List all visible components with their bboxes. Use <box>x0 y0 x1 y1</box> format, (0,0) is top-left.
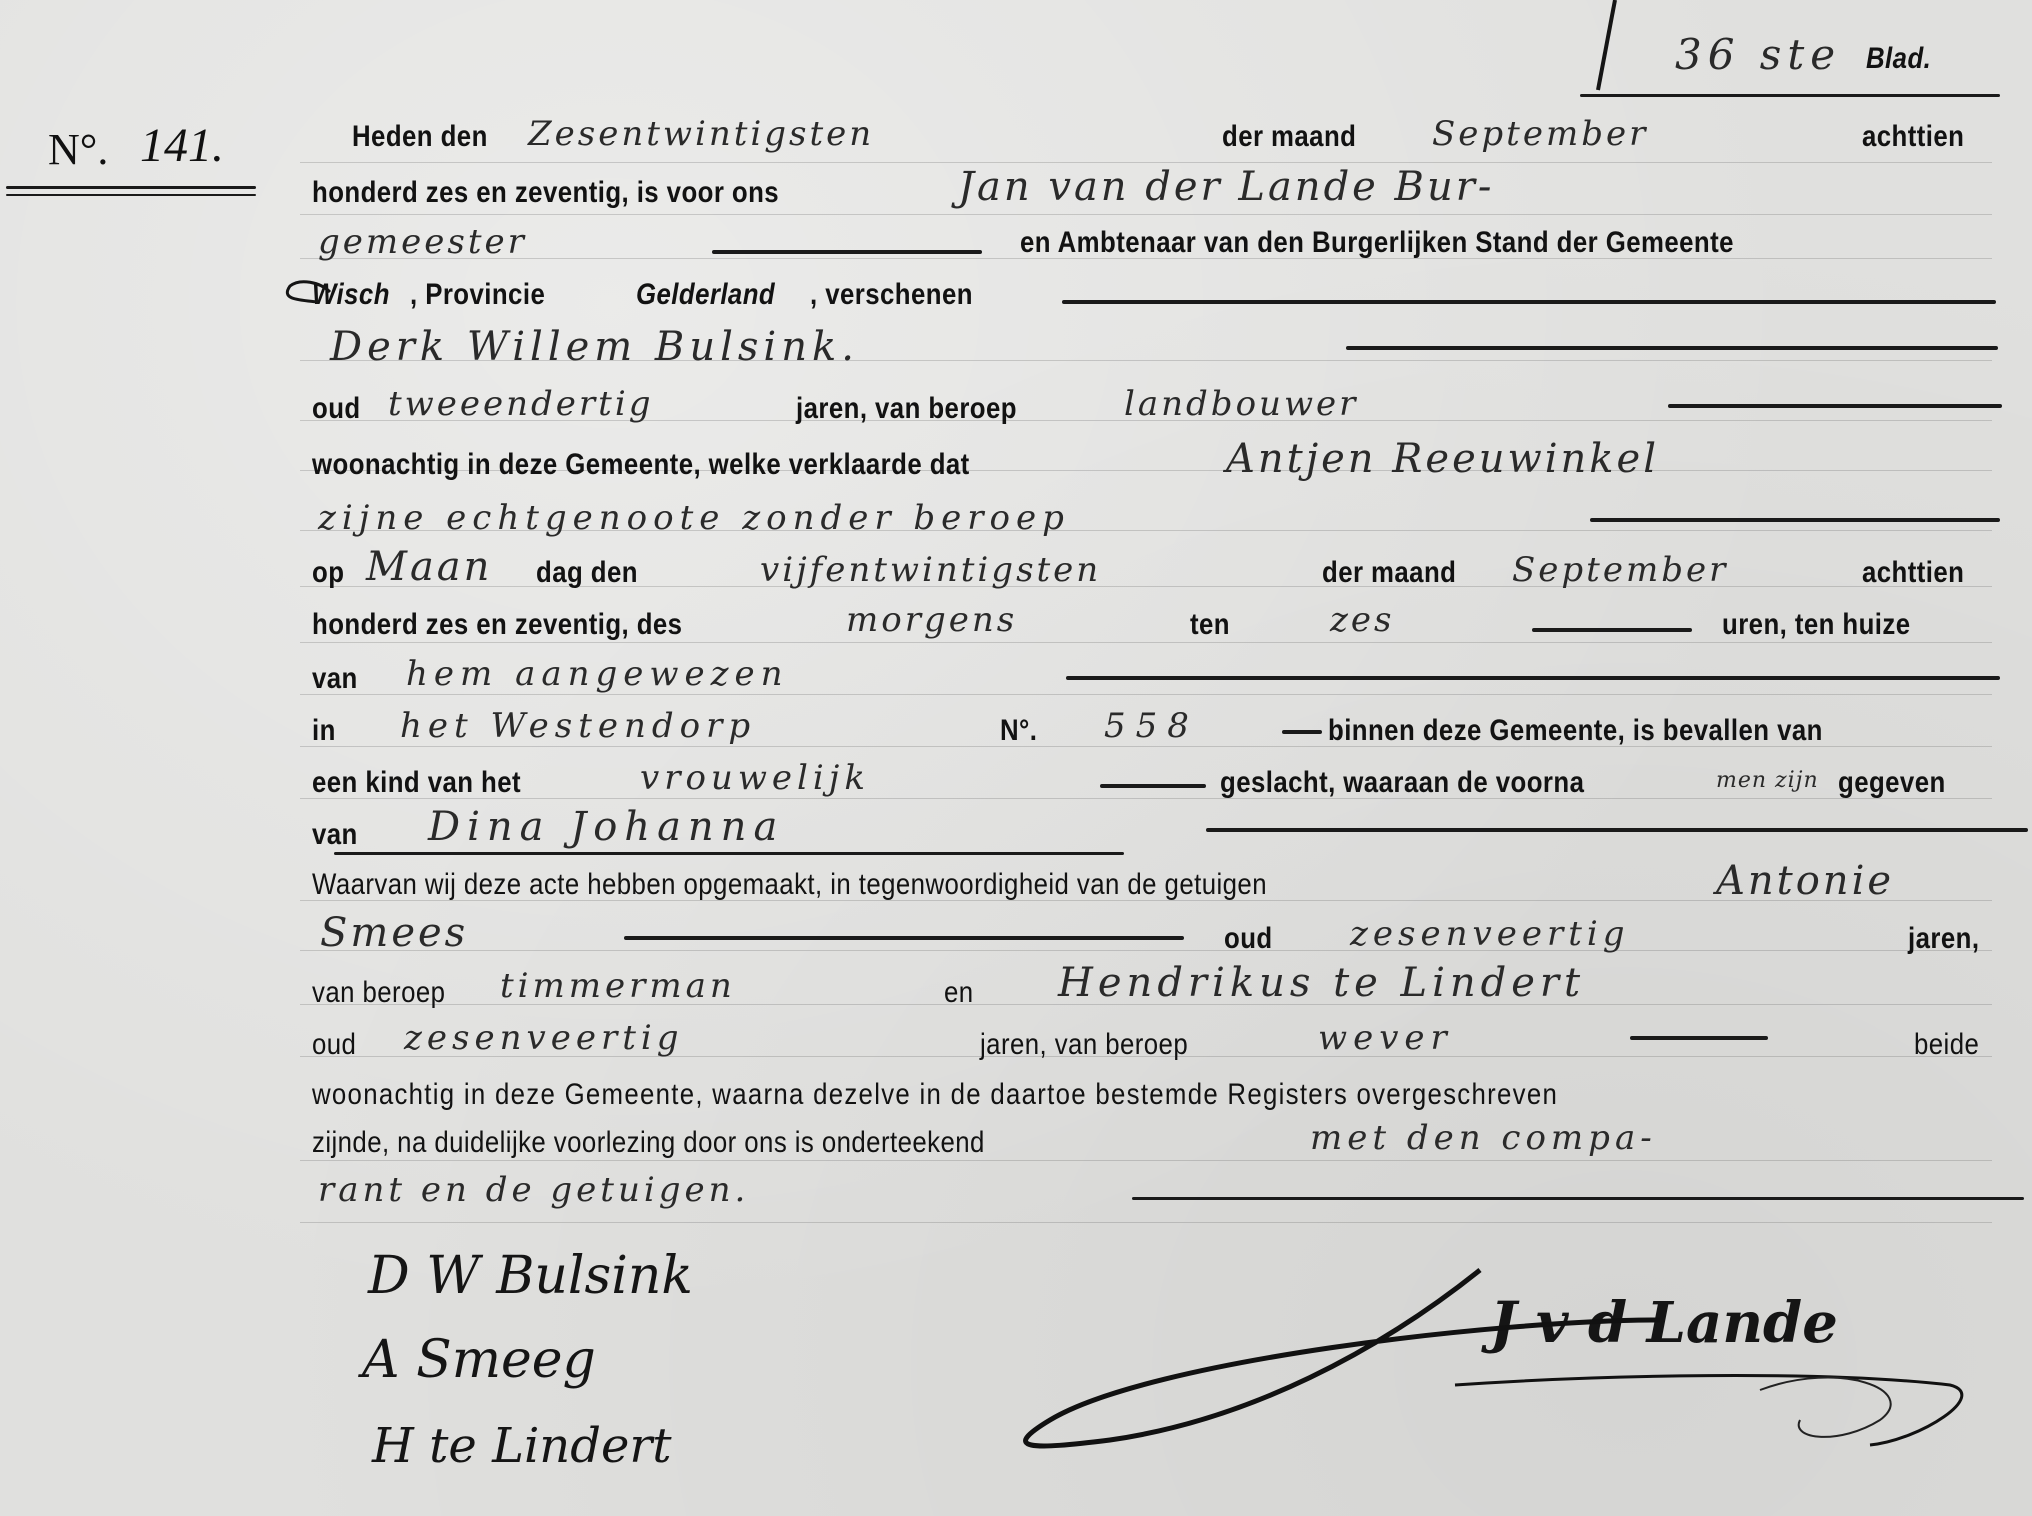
handwritten-occupation: landbouwer <box>1124 384 1358 424</box>
fill-rule <box>712 250 982 254</box>
fill-rule <box>1132 1197 2024 1200</box>
printed-text: en <box>944 976 974 1010</box>
printed-text: honderd zes en zeventig, des <box>312 608 682 642</box>
signature-witness2: H te Lindert <box>372 1418 672 1474</box>
fill-rule <box>1630 1036 1768 1040</box>
printed-text: jaren, <box>1908 922 1979 956</box>
printed-text: , verschenen <box>810 278 973 312</box>
header-rule <box>1580 94 2000 97</box>
guide-line <box>300 642 1992 643</box>
printed-text: oud <box>312 392 361 426</box>
handwritten-child-name: Dina Johanna <box>428 804 784 850</box>
handwritten-month: September <box>1432 114 1648 154</box>
printed-text: N°. <box>1000 714 1037 748</box>
guide-line <box>300 214 1992 215</box>
printed-text: der maand <box>1322 556 1456 590</box>
printed-text: zijnde, na duidelijke voorlezing door on… <box>312 1126 985 1160</box>
handwritten-signed-with-cont: rant en de getuigen. <box>318 1170 749 1210</box>
signature-witness1: A Smeeg <box>362 1330 596 1390</box>
printed-text: Heden den <box>352 120 488 154</box>
handwritten-registrar: Jan van der Lande Bur- <box>958 164 1494 210</box>
handwritten-witness2-name: Hendrikus te Lindert <box>1058 960 1585 1006</box>
handwritten-witness1-first: Antonie <box>1716 858 1894 904</box>
printed-text: van beroep <box>312 976 445 1010</box>
handwritten-sex: vrouwelijk <box>640 758 870 798</box>
fill-rule <box>1206 828 2028 832</box>
printed-text: honderd zes en zeventig, is voor ons <box>312 176 779 210</box>
printed-text: jaren, van beroep <box>796 392 1017 426</box>
printed-text: oud <box>1224 922 1273 956</box>
fill-rule <box>1668 404 2002 408</box>
handwritten-address: het Westendorp <box>400 706 756 746</box>
child-name-underline <box>334 852 1124 855</box>
fill-rule <box>1062 300 1996 304</box>
printed-text: dag den <box>536 556 638 590</box>
record-underline <box>6 186 256 189</box>
handwritten-day: Zesentwintigsten <box>528 114 874 154</box>
handwritten-age: tweeendertig <box>388 384 653 424</box>
printed-text: Waarvan wij deze acte hebben opgemaakt, … <box>312 868 1267 902</box>
fill-rule <box>1282 730 1322 734</box>
printed-text: een kind van het <box>312 766 521 800</box>
printed-text: en Ambtenaar van den Burgerlijken Stand … <box>1020 226 1734 260</box>
fill-rule <box>624 936 1184 940</box>
fill-rule <box>1066 676 2000 680</box>
guide-line <box>300 1222 1992 1223</box>
printed-text: van <box>312 662 358 696</box>
printed-text: woonachtig in deze Gemeente, waarna deze… <box>312 1078 1558 1112</box>
fill-rule <box>1346 346 1998 350</box>
handwritten-birth-day: vijfentwintigsten <box>760 550 1101 590</box>
handwritten-witness1-occupation: timmerman <box>500 966 736 1006</box>
signature-declarant: D W Bulsink <box>368 1246 693 1306</box>
handwritten-witness2-age: zesenveertig <box>404 1018 684 1058</box>
guide-line <box>300 798 1992 799</box>
fill-rule <box>1532 628 1692 632</box>
printed-text: gegeven <box>1838 766 1946 800</box>
guide-line <box>300 694 1992 695</box>
fill-rule <box>1100 784 1206 788</box>
record-underline <box>6 194 256 196</box>
page-label: Blad. <box>1866 42 1931 76</box>
handwritten-birth-month: September <box>1512 550 1728 590</box>
handwritten-witness1-last: Smees <box>320 910 468 956</box>
printed-text: in <box>312 714 336 748</box>
guide-line <box>300 162 1992 163</box>
handwritten-declarant-name: Derk Willem Bulsink. <box>330 324 859 370</box>
handwritten-house: hem aangewezen <box>406 654 789 694</box>
handwritten-mother-relation: zijne echtgenoote zonder beroep <box>318 498 1070 538</box>
printed-text: achttien <box>1862 556 1964 590</box>
handwritten-title: gemeester <box>318 222 527 262</box>
printed-text: op <box>312 556 344 590</box>
printed-text: , Provincie <box>410 278 545 312</box>
handwritten-weekday: Maan <box>366 544 492 590</box>
record-number-value: 141. <box>140 118 224 173</box>
printed-text: jaren, van beroep <box>980 1028 1188 1062</box>
printed-text: geslacht, waaraan de voorna <box>1220 766 1584 800</box>
printed-text: oud <box>312 1028 356 1062</box>
guide-line <box>300 950 1992 951</box>
printed-text: der maand <box>1222 120 1356 154</box>
handwritten-insert: men zijn <box>1716 768 1819 793</box>
printed-text: uren, ten huize <box>1722 608 1911 642</box>
handwritten-witness1-age: zesenveertig <box>1350 914 1630 954</box>
handwritten-time-of-day: morgens <box>846 600 1017 640</box>
signature-registrar: J v d Lande <box>1490 1290 1838 1356</box>
place-name: Wisch <box>312 278 390 312</box>
handwritten-witness2-occupation: wever <box>1318 1018 1453 1058</box>
printed-text: beide <box>1914 1028 1979 1062</box>
printed-text: woonachtig in deze Gemeente, welke verkl… <box>312 448 970 482</box>
handwritten-house-number: 558 <box>1104 706 1199 746</box>
fill-rule <box>1590 518 2000 522</box>
handwritten-signed-with: met den compa- <box>1310 1118 1657 1158</box>
guide-line <box>300 1160 1992 1161</box>
record-prefix: N°. <box>48 124 108 175</box>
printed-text: van <box>312 818 358 852</box>
printed-text: ten <box>1190 608 1230 642</box>
printed-text: binnen deze Gemeente, is bevallen van <box>1328 714 1823 748</box>
province-name: Gelderland <box>636 278 775 312</box>
handwritten-hour: zes <box>1330 600 1394 640</box>
printed-text: achttien <box>1862 120 1964 154</box>
page-number-handwritten: 36 ste <box>1675 30 1841 79</box>
handwritten-mother-name: Antjen Reeuwinkel <box>1226 436 1659 482</box>
